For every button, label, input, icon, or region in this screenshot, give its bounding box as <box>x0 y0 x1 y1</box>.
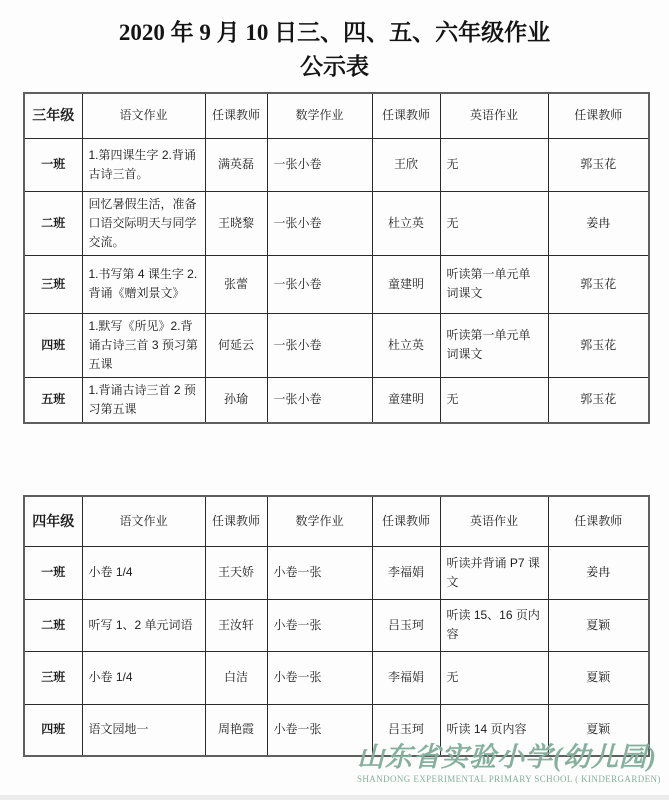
chinese-teacher-cell: 王汝轩 <box>205 599 267 651</box>
english-teacher-cell: 郭玉花 <box>548 313 649 377</box>
col-english-homework: 英语作业 <box>440 496 548 546</box>
english-teacher-cell: 夏颖 <box>548 599 649 651</box>
col-math-teacher: 任课教师 <box>372 93 440 138</box>
english-teacher-cell: 夏颖 <box>548 651 649 704</box>
grade4-header-row: 四年级 语文作业 任课教师 数学作业 任课教师 英语作业 任课教师 <box>24 496 649 546</box>
school-logo: 山东省实验小学(幼儿园) SHANDONG EXPERIMENTAL PRIMA… <box>357 742 657 785</box>
english-teacher-cell: 姜冉 <box>548 191 649 255</box>
col-math-teacher: 任课教师 <box>372 496 440 546</box>
english-teacher-cell: 郭玉花 <box>548 377 649 423</box>
col-chinese-homework: 语文作业 <box>82 496 205 546</box>
math-homework-cell: 一张小卷 <box>267 313 372 377</box>
table-row: 二班 回忆暑假生活，准备口语交际明天与同学交流。 王晓黎 一张小卷 杜立英 无 … <box>24 191 649 255</box>
english-homework-cell: 听读第一单元单词课文 <box>440 313 548 377</box>
english-teacher-cell: 姜冉 <box>548 546 649 599</box>
english-homework-cell: 听读并背诵 P7 课文 <box>440 546 548 599</box>
chinese-homework-cell: 听写 1、2 单元词语 <box>82 599 205 651</box>
table-row: 三班 小卷 1/4 白洁 小卷一张 李福娟 无 夏颖 <box>24 651 649 704</box>
english-homework-cell: 无 <box>440 138 548 191</box>
document-title: 2020 年 9 月 10 日三、四、五、六年级作业 公示表 <box>0 16 669 84</box>
english-homework-cell: 无 <box>440 651 548 704</box>
table-row: 五班 1.背诵古诗三首 2 预习第五课 孙瑜 一张小卷 童建明 无 郭玉花 <box>24 377 649 423</box>
chinese-teacher-cell: 满英磊 <box>205 138 267 191</box>
math-homework-cell: 小卷一张 <box>267 546 372 599</box>
math-homework-cell: 一张小卷 <box>267 138 372 191</box>
english-homework-cell: 无 <box>440 377 548 423</box>
col-english-teacher: 任课教师 <box>548 93 649 138</box>
math-homework-cell: 一张小卷 <box>267 191 372 255</box>
col-chinese-teacher: 任课教师 <box>205 496 267 546</box>
chinese-teacher-cell: 孙瑜 <box>205 377 267 423</box>
page-bottom-edge <box>0 795 669 800</box>
math-teacher-cell: 童建明 <box>372 377 440 423</box>
chinese-homework-cell: 1.背诵古诗三首 2 预习第五课 <box>82 377 205 423</box>
english-teacher-cell: 郭玉花 <box>548 255 649 313</box>
english-homework-cell: 无 <box>440 191 548 255</box>
table-row: 一班 1.第四课生字 2.背诵古诗三首。 满英磊 一张小卷 王欣 无 郭玉花 <box>24 138 649 191</box>
grade4-homework-table: 四年级 语文作业 任课教师 数学作业 任课教师 英语作业 任课教师 一班 小卷 … <box>23 495 650 757</box>
chinese-homework-cell: 1.第四课生字 2.背诵古诗三首。 <box>82 138 205 191</box>
col-math-homework: 数学作业 <box>267 93 372 138</box>
class-cell: 四班 <box>24 313 82 377</box>
document-title-line2: 公示表 <box>0 50 669 84</box>
table-row: 三班 1.书写第 4 课生字 2.背诵《赠刘景文》 张蕾 一张小卷 童建明 听读… <box>24 255 649 313</box>
math-teacher-cell: 杜立英 <box>372 191 440 255</box>
grade3-header-row: 三年级 语文作业 任课教师 数学作业 任课教师 英语作业 任课教师 <box>24 93 649 138</box>
math-teacher-cell: 吕玉珂 <box>372 599 440 651</box>
chinese-homework-cell: 1.书写第 4 课生字 2.背诵《赠刘景文》 <box>82 255 205 313</box>
chinese-homework-cell: 1.默写《所见》2.背诵古诗三首 3 预习第五课 <box>82 313 205 377</box>
school-name-english: SHANDONG EXPERIMENTAL PRIMARY SCHOOL ( K… <box>357 773 657 785</box>
chinese-teacher-cell: 何延云 <box>205 313 267 377</box>
class-cell: 二班 <box>24 191 82 255</box>
math-teacher-cell: 李福娟 <box>372 651 440 704</box>
table-row: 二班 听写 1、2 单元词语 王汝轩 小卷一张 吕玉珂 听读 15、16 页内容… <box>24 599 649 651</box>
math-teacher-cell: 杜立英 <box>372 313 440 377</box>
document-title-line1: 2020 年 9 月 10 日三、四、五、六年级作业 <box>0 16 669 50</box>
class-cell: 一班 <box>24 138 82 191</box>
class-cell: 一班 <box>24 546 82 599</box>
table-row: 一班 小卷 1/4 王天娇 小卷一张 李福娟 听读并背诵 P7 课文 姜冉 <box>24 546 649 599</box>
grade3-label: 三年级 <box>24 93 82 138</box>
chinese-teacher-cell: 白洁 <box>205 651 267 704</box>
school-name-chinese: 山东省实验小学(幼儿园) <box>357 742 657 772</box>
chinese-teacher-cell: 周艳霞 <box>205 704 267 756</box>
math-homework-cell: 小卷一张 <box>267 599 372 651</box>
english-teacher-cell: 郭玉花 <box>548 138 649 191</box>
math-homework-cell: 小卷一张 <box>267 651 372 704</box>
english-homework-cell: 听读 15、16 页内容 <box>440 599 548 651</box>
chinese-homework-cell: 小卷 1/4 <box>82 546 205 599</box>
math-teacher-cell: 童建明 <box>372 255 440 313</box>
class-cell: 二班 <box>24 599 82 651</box>
class-cell: 三班 <box>24 255 82 313</box>
class-cell: 三班 <box>24 651 82 704</box>
col-english-homework: 英语作业 <box>440 93 548 138</box>
chinese-teacher-cell: 王晓黎 <box>205 191 267 255</box>
col-chinese-teacher: 任课教师 <box>205 93 267 138</box>
grade3-homework-table: 三年级 语文作业 任课教师 数学作业 任课教师 英语作业 任课教师 一班 1.第… <box>23 92 650 424</box>
chinese-homework-cell: 小卷 1/4 <box>82 651 205 704</box>
math-homework-cell: 一张小卷 <box>267 377 372 423</box>
chinese-homework-cell: 语文园地一 <box>82 704 205 756</box>
class-cell: 四班 <box>24 704 82 756</box>
grade4-label: 四年级 <box>24 496 82 546</box>
chinese-teacher-cell: 王天娇 <box>205 546 267 599</box>
table-row: 四班 1.默写《所见》2.背诵古诗三首 3 预习第五课 何延云 一张小卷 杜立英… <box>24 313 649 377</box>
math-teacher-cell: 李福娟 <box>372 546 440 599</box>
english-homework-cell: 听读第一单元单词课文 <box>440 255 548 313</box>
col-math-homework: 数学作业 <box>267 496 372 546</box>
chinese-teacher-cell: 张蕾 <box>205 255 267 313</box>
class-cell: 五班 <box>24 377 82 423</box>
math-homework-cell: 一张小卷 <box>267 255 372 313</box>
math-teacher-cell: 王欣 <box>372 138 440 191</box>
col-english-teacher: 任课教师 <box>548 496 649 546</box>
col-chinese-homework: 语文作业 <box>82 93 205 138</box>
chinese-homework-cell: 回忆暑假生活，准备口语交际明天与同学交流。 <box>82 191 205 255</box>
